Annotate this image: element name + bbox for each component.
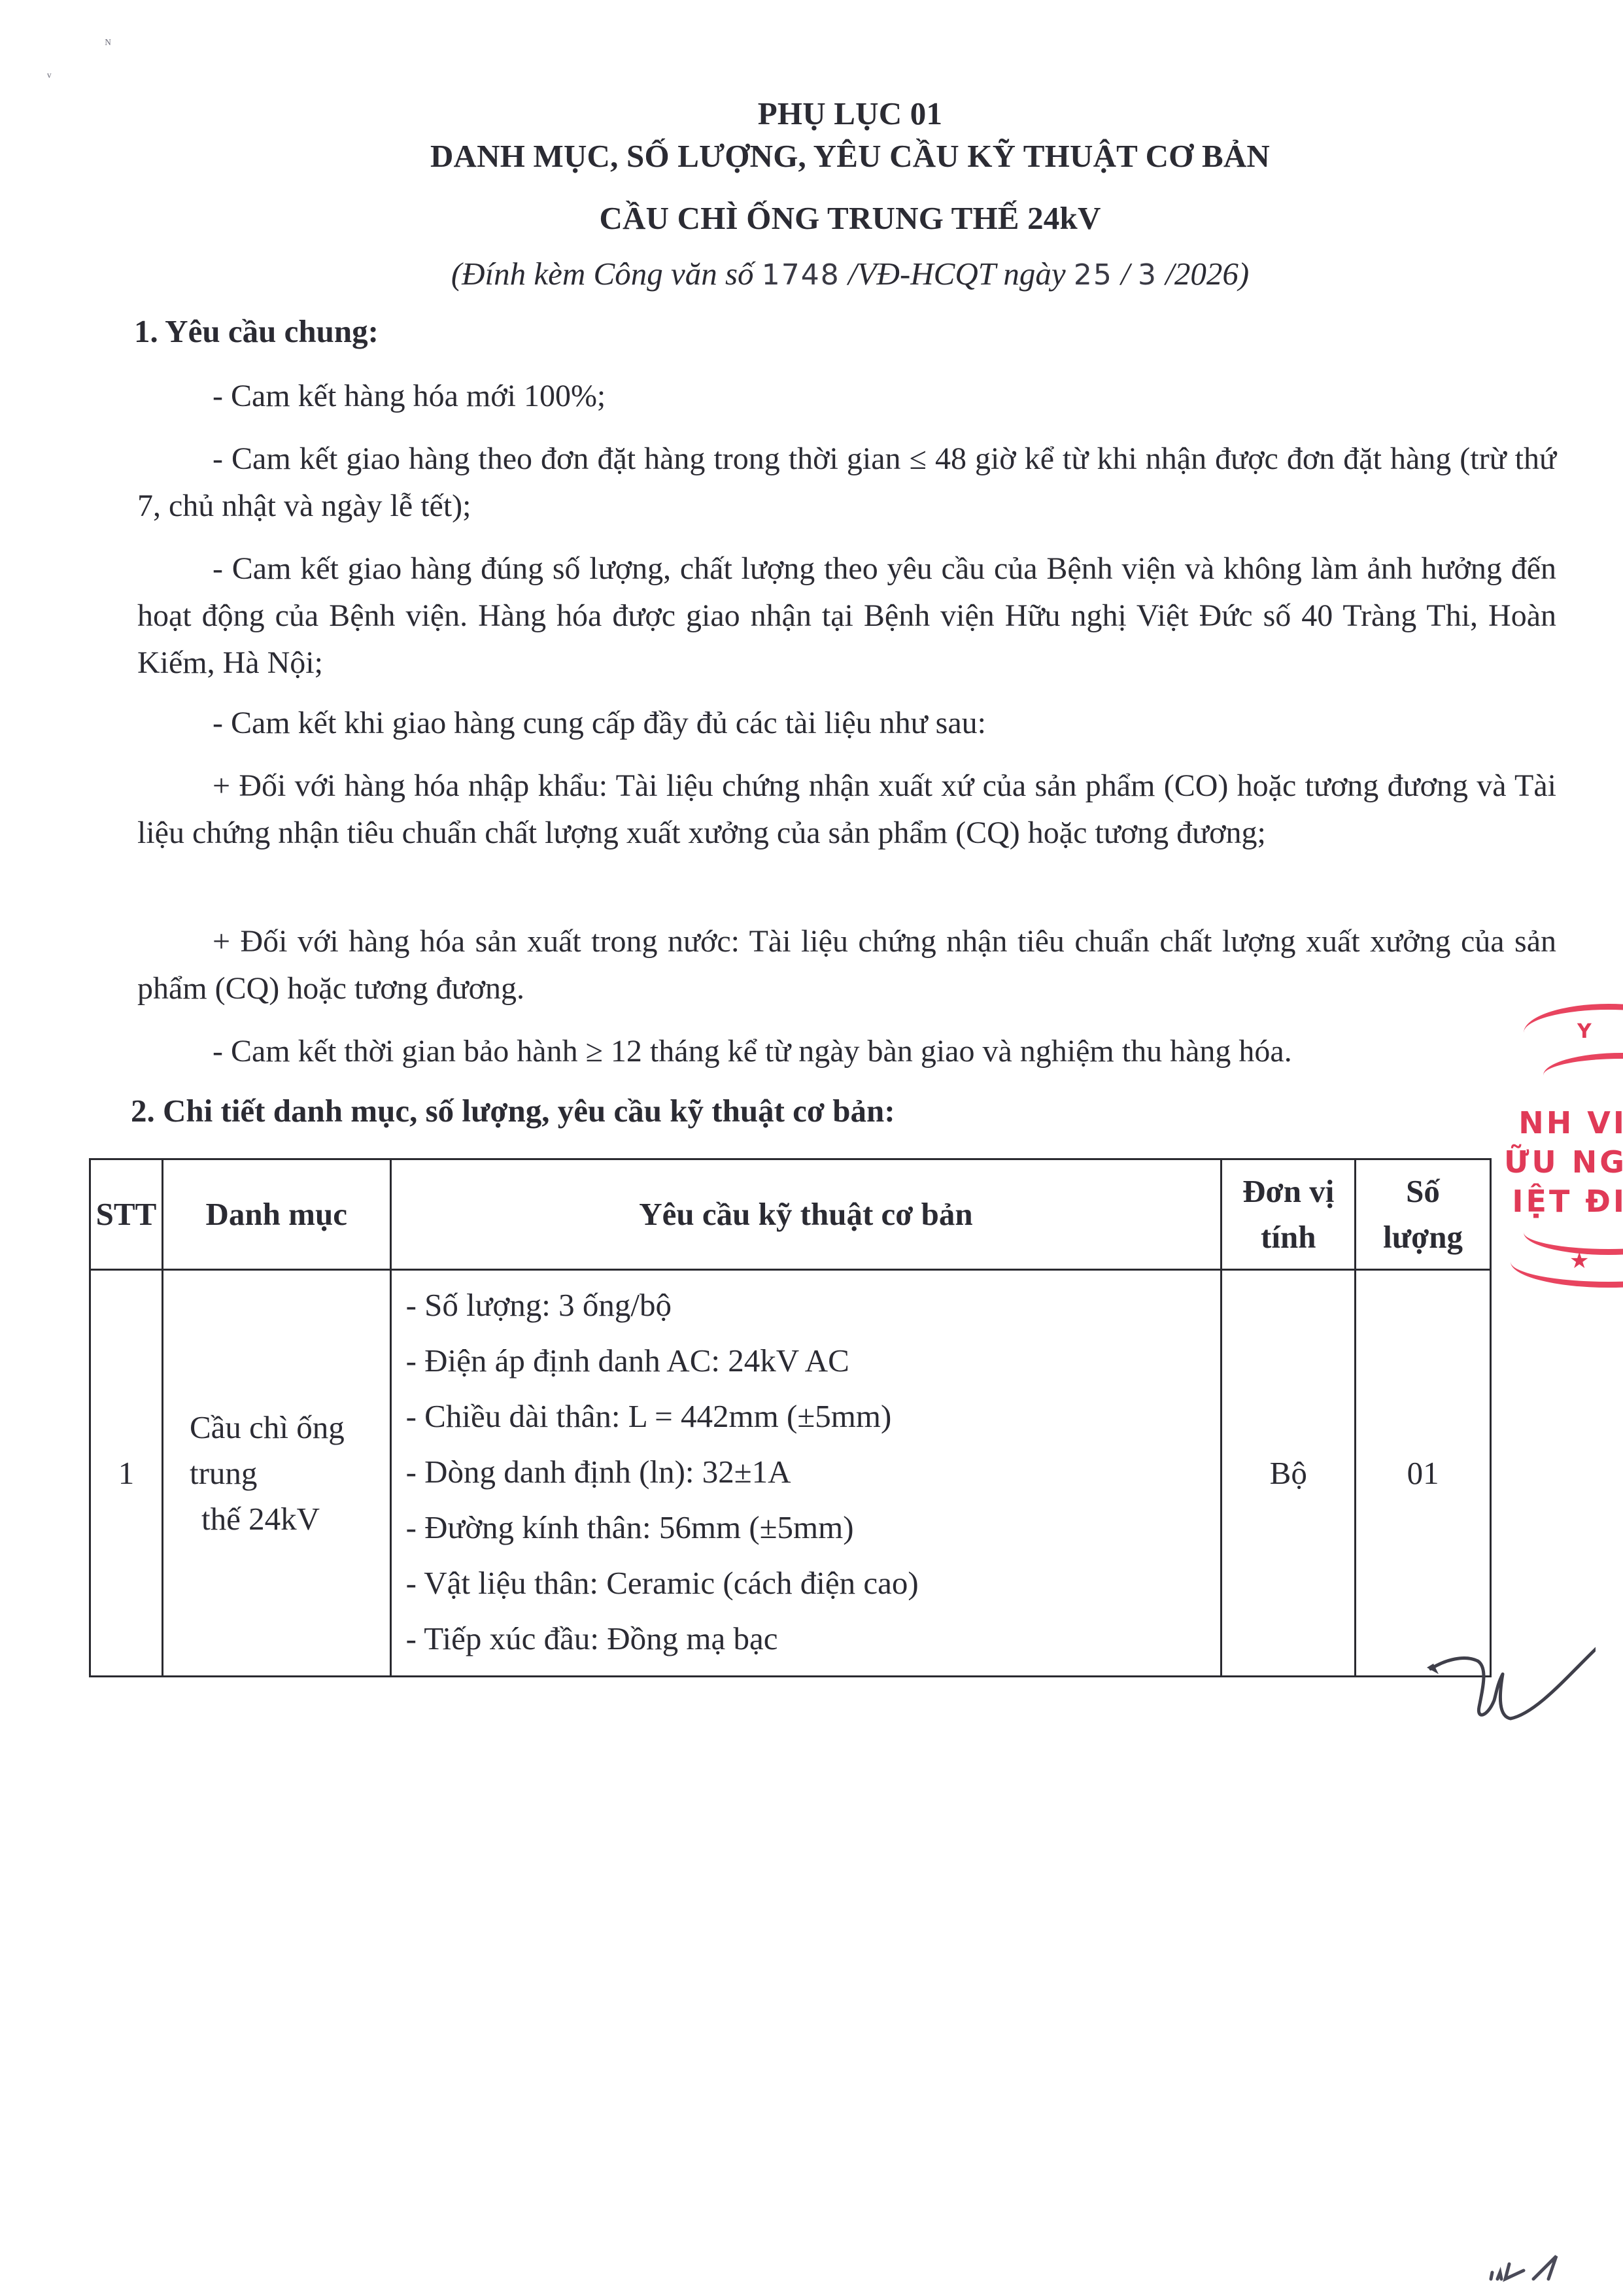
official-seal: Y NH VI ỮU NG IỆT ĐI ★ bbox=[1497, 987, 1623, 1295]
paragraph: - Cam kết thời gian bảo hành ≥ 12 tháng … bbox=[137, 1028, 1556, 1075]
product-title: CẦU CHÌ ỐNG TRUNG THẾ 24kV bbox=[0, 199, 1623, 237]
header-qty-line1: Số bbox=[1356, 1169, 1490, 1214]
header-unit: Đơn vị tính bbox=[1222, 1159, 1356, 1270]
requirement-item: - Số lượng: 3 ống/bộ bbox=[406, 1277, 1221, 1333]
paragraph: + Đối với hàng hóa sản xuất trong nước: … bbox=[137, 918, 1556, 1012]
requirement-item: - Điện áp định danh AC: 24kV AC bbox=[406, 1333, 1221, 1388]
paragraph: - Cam kết giao hàng theo đơn đặt hàng tr… bbox=[137, 436, 1556, 530]
seal-arc bbox=[1511, 1236, 1623, 1288]
requirement-item: - Dòng danh định (ln): 32±1A bbox=[406, 1444, 1221, 1499]
cell-name-line1: Cầu chì ống trung bbox=[190, 1405, 390, 1496]
seal-top-mark: Y bbox=[1577, 1020, 1592, 1043]
date-separator: / bbox=[1121, 256, 1130, 292]
paragraph: - Cam kết hàng hóa mới 100%; bbox=[137, 373, 1556, 420]
document-number: 1748 bbox=[762, 258, 840, 292]
requirement-new-goods: - Cam kết hàng hóa mới 100%; bbox=[137, 373, 1556, 420]
cell-stt: 1 bbox=[90, 1270, 163, 1677]
requirement-documents: - Cam kết khi giao hàng cung cấp đầy đủ … bbox=[137, 700, 1556, 747]
table-row: 1 Cầu chì ống trung thế 24kV - Số lượng:… bbox=[90, 1270, 1491, 1677]
header-stt: STT bbox=[90, 1159, 163, 1270]
paragraph: + Đối với hàng hóa nhập khẩu: Tài liệu c… bbox=[137, 762, 1556, 857]
appendix-title: PHỤ LỤC 01 bbox=[0, 95, 1623, 132]
page-initials bbox=[1484, 2250, 1576, 2289]
requirement-item: - Vật liệu thân: Ceramic (cách điện cao) bbox=[406, 1555, 1221, 1611]
cell-name-line2: thế 24kV bbox=[190, 1496, 390, 1542]
header-unit-line1: Đơn vị bbox=[1222, 1169, 1354, 1214]
attachment-prefix: (Đính kèm Công văn số bbox=[451, 256, 754, 292]
cell-quantity: 01 bbox=[1356, 1270, 1491, 1677]
requirement-item: - Chiều dài thân: L = 442mm (±5mm) bbox=[406, 1388, 1221, 1444]
paragraph: - Cam kết khi giao hàng cung cấp đầy đủ … bbox=[137, 700, 1556, 747]
header-requirements: Yêu cầu kỹ thuật cơ bản bbox=[390, 1159, 1222, 1270]
requirement-delivery-time: - Cam kết giao hàng theo đơn đặt hàng tr… bbox=[137, 436, 1556, 530]
requirement-item: - Tiếp xúc đầu: Đồng mạ bạc bbox=[406, 1611, 1221, 1666]
paragraph: - Cam kết giao hàng đúng số lượng, chất … bbox=[137, 545, 1556, 687]
cell-requirements: - Số lượng: 3 ống/bộ - Điện áp định danh… bbox=[390, 1270, 1222, 1677]
requirement-warranty: - Cam kết thời gian bảo hành ≥ 12 tháng … bbox=[137, 1028, 1556, 1075]
signature bbox=[1426, 1635, 1596, 1753]
header-qty-line2: lượng bbox=[1356, 1214, 1490, 1260]
scan-mark: ᵛ bbox=[47, 69, 51, 86]
requirement-delivery-quality: - Cam kết giao hàng đúng số lượng, chất … bbox=[137, 545, 1556, 687]
table-header-row: STT Danh mục Yêu cầu kỹ thuật cơ bản Đơn… bbox=[90, 1159, 1491, 1270]
attachment-line: (Đính kèm Công văn số 1748 /VĐ-HCQT ngày… bbox=[0, 255, 1623, 292]
scan-mark: ᴺ bbox=[105, 36, 111, 53]
section2-heading: 2. Chi tiết danh mục, số lượng, yêu cầu … bbox=[131, 1092, 895, 1129]
header-name: Danh mục bbox=[162, 1159, 390, 1270]
requirement-item: - Đường kính thân: 56mm (±5mm) bbox=[406, 1499, 1221, 1555]
date-month: 3 bbox=[1138, 258, 1157, 292]
cell-unit: Bộ bbox=[1222, 1270, 1356, 1677]
seal-text-line2: ỮU NG bbox=[1504, 1144, 1623, 1180]
requirements-list: - Số lượng: 3 ống/bộ - Điện áp định danh… bbox=[392, 1271, 1221, 1675]
cell-name: Cầu chì ống trung thế 24kV bbox=[162, 1270, 390, 1677]
requirement-domestic-goods: + Đối với hàng hóa sản xuất trong nước: … bbox=[137, 918, 1556, 1012]
section1-heading: 1. Yêu cầu chung: bbox=[134, 313, 379, 350]
document-code: /VĐ-HCQT ngày bbox=[848, 256, 1066, 292]
header-quantity: Số lượng bbox=[1356, 1159, 1491, 1270]
main-title: DANH MỤC, SỐ LƯỢNG, YÊU CẦU KỸ THUẬT CƠ … bbox=[0, 137, 1623, 175]
items-table: STT Danh mục Yêu cầu kỹ thuật cơ bản Đơn… bbox=[89, 1158, 1492, 1677]
requirement-imported-goods: + Đối với hàng hóa nhập khẩu: Tài liệu c… bbox=[137, 762, 1556, 857]
seal-text-line1: NH VI bbox=[1518, 1105, 1623, 1140]
date-year: /2026) bbox=[1165, 256, 1249, 292]
header-unit-line2: tính bbox=[1222, 1214, 1354, 1260]
date-day: 25 bbox=[1074, 258, 1113, 292]
